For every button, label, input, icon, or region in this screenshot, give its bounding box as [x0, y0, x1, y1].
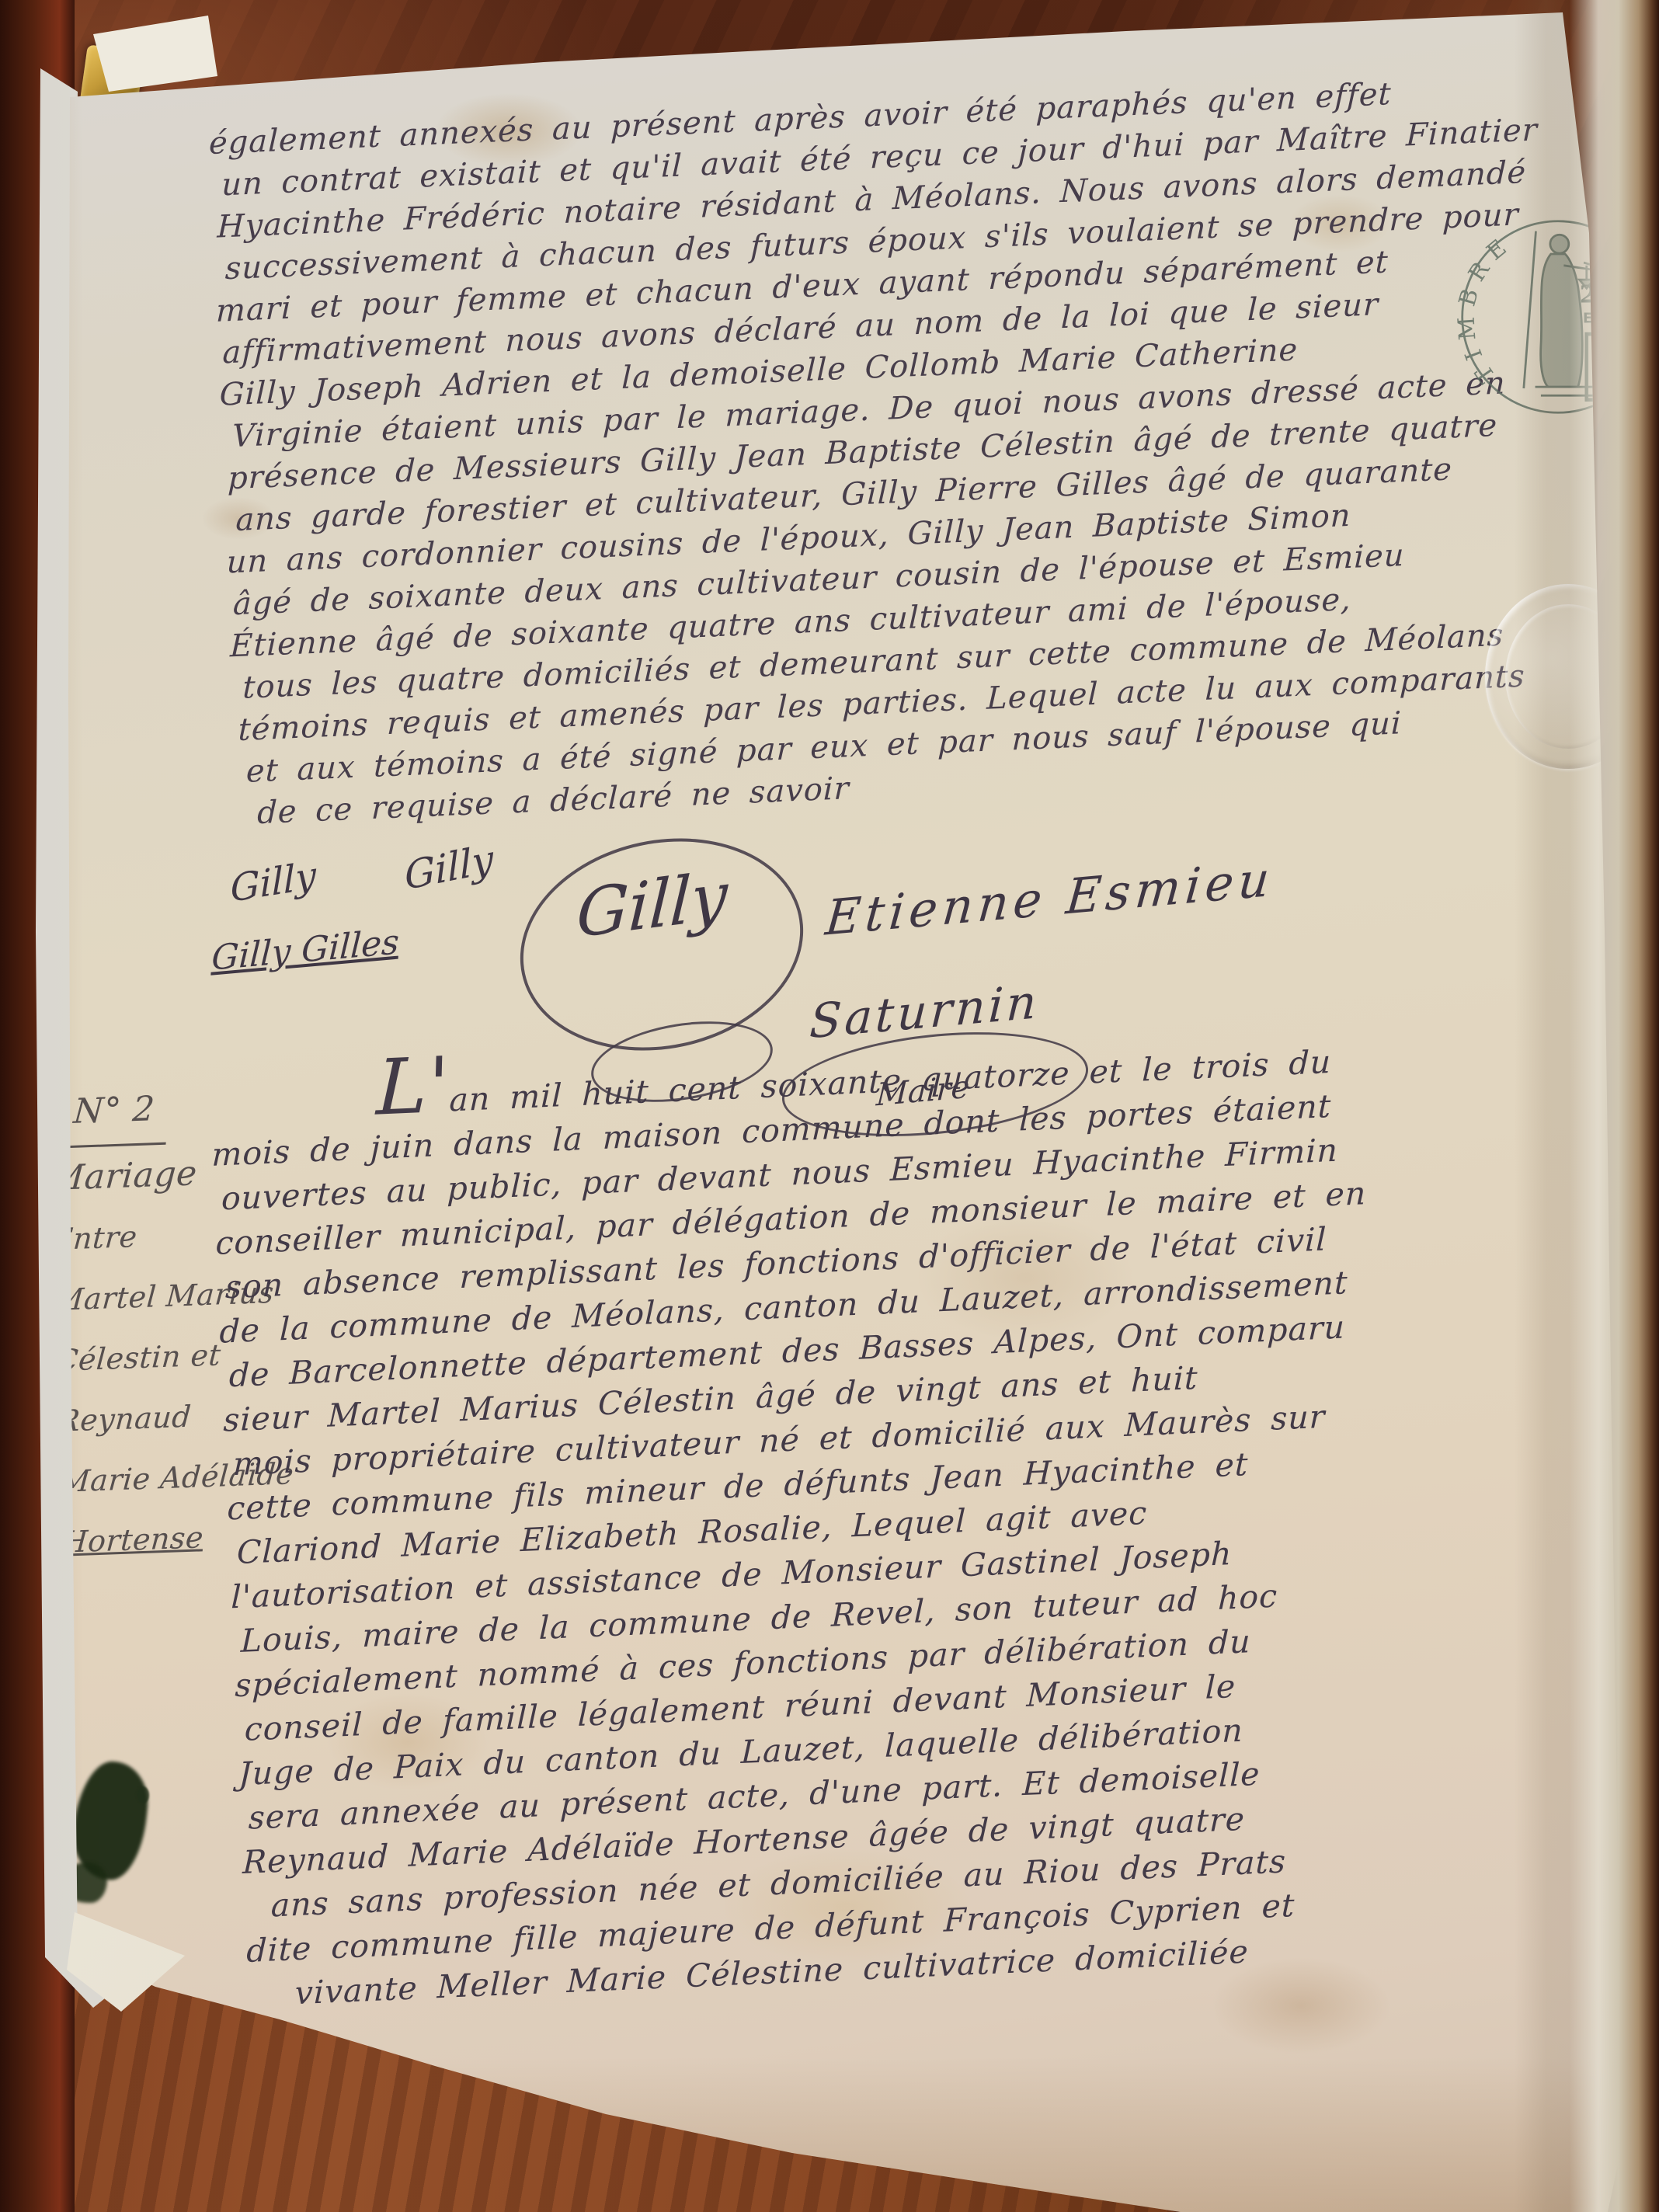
- ink-blot-dot: [137, 1786, 149, 1803]
- margin-lines: MariageEntreMartel MariusCélestin etReyn…: [48, 1143, 234, 1572]
- margin-annotation: N° 2 MariageEntreMartel MariusCélestin e…: [46, 1076, 234, 1572]
- signature-witness-gilly-1: Gilly: [230, 854, 316, 911]
- closing-act-text: également annexés au présent après avoir…: [208, 70, 1495, 835]
- marriage-act-text: L'an mil huit cent soixante quatorze et …: [208, 1017, 1522, 2017]
- act-number: N° 2: [67, 1078, 171, 1148]
- stamp-value-centimes: 50c.: [1594, 368, 1644, 394]
- stamp-value-francs: 1F.: [1600, 339, 1638, 367]
- stamp-surcharge-unit: EN SUS: [1583, 311, 1639, 326]
- signature-witness-gilly-2: Gilly: [404, 836, 495, 899]
- embossed-dry-seal: [1485, 584, 1651, 769]
- margin-line: Mariage: [47, 1143, 222, 1209]
- margin-line: Hortense: [60, 1506, 235, 1573]
- justice-figure-icon: [1524, 231, 1629, 396]
- register-page: également annexés au présent après avoir…: [0, 0, 1659, 2212]
- stamp-surcharge: 2/10: [1580, 281, 1640, 309]
- photo-of-register-page: également annexés au présent après avoir…: [0, 0, 1659, 2212]
- signature-witness-gilly-gilles: Gilly Gilles: [210, 922, 400, 979]
- margin-line: Reynaud: [56, 1385, 231, 1452]
- margin-line: Martel Marius: [51, 1264, 226, 1330]
- signature-etienne-esmieu: Etienne Esmieu: [823, 850, 1277, 946]
- margin-line: Marie Adélaïde: [57, 1445, 232, 1512]
- revenue-stamp: TIMBRE 2/10 EN SUS 1F. 50c.: [1451, 200, 1659, 433]
- margin-line: Entre: [49, 1203, 224, 1270]
- margin-line: Célestin et: [54, 1324, 228, 1391]
